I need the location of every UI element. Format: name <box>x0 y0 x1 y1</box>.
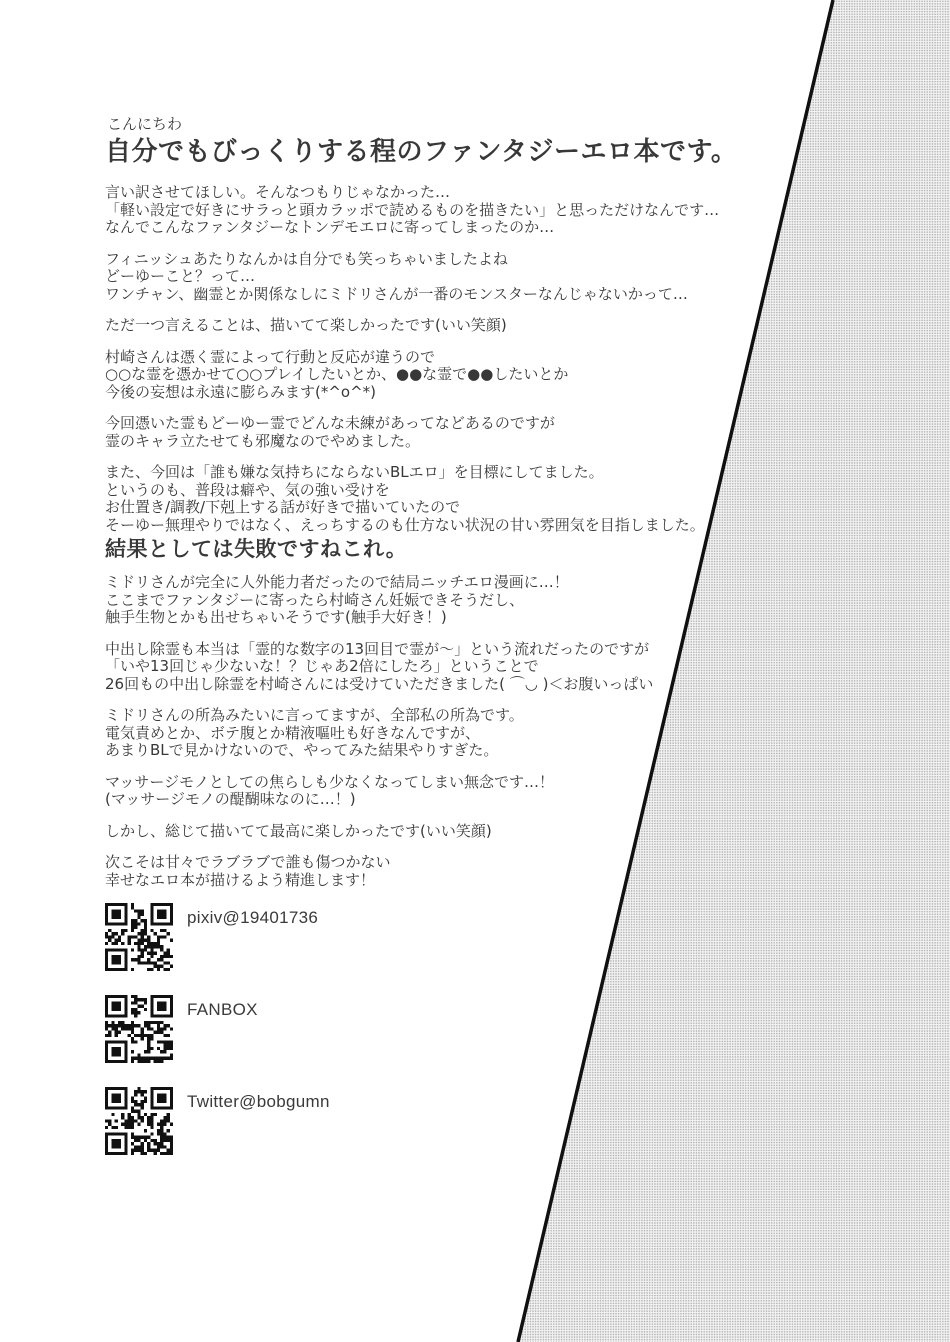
text-line: 幸せなエロ本が描けるよう精進します！ <box>105 872 785 890</box>
text-line: 触手生物とかも出せちゃいそうです(触手大好き！) <box>105 609 785 627</box>
paragraph-niche-manga: ミドリさんが完全に人外能力者だったので結局ニッチエロ漫画に…！ ここまでファンタ… <box>105 574 785 627</box>
qr-links-section: pixiv@19401736 FANBOX Twitter@bobgumn <box>105 903 785 1155</box>
text-line: 中出し除霊も本当は「霊的な数字の13回目で霊が～」という流れだったのですが <box>105 641 785 659</box>
pixiv-handle-label: pixiv@19401736 <box>187 908 318 928</box>
qr-code-twitter-icon <box>105 1087 173 1155</box>
text-line: そーゆー無理やりではなく、えっちするのも仕方ない状況の甘い雰囲気を目指しました。 <box>105 517 785 535</box>
text-line: ワンチャン、幽霊とか関係なしにミドリさんが一番のモンスターなんじゃないかって… <box>105 286 785 304</box>
qr-block-twitter: Twitter@bobgumn <box>105 1087 785 1155</box>
text-line: 「いや13回じゃ少ないな！？じゃあ2倍にしたろ」ということで <box>105 658 785 676</box>
paragraph-one-thing: ただ一つ言えることは、描いてて楽しかったです(いい笑顔) <box>105 317 785 335</box>
text-line: なんでこんなファンタジーなトンデモエロに寄ってしまったのか… <box>105 219 785 237</box>
text-line: 次こそは甘々でラブラブで誰も傷つかない <box>105 854 785 872</box>
text-line: 電気責めとか、ボテ腹とか精液嘔吐も好きなんですが、 <box>105 725 785 743</box>
paragraph-massage: マッサージモノとしての焦らしも少なくなってしまい無念です…！ (マッサージモノの… <box>105 774 785 809</box>
text-line: どーゆーこと？って… <box>105 268 785 286</box>
text-line: ○○な霊を憑かせて○○プレイしたいとか、●●な霊で●●したいとか <box>105 366 785 384</box>
text-line: お仕置き/調教/下剋上する話が好きで描いていたので <box>105 499 785 517</box>
paragraph-my-doing: ミドリさんの所為みたいに言ってますが、全部私の所為です。 電気責めとか、ボテ腹と… <box>105 707 785 760</box>
text-line: マッサージモノとしての焦らしも少なくなってしまい無念です…！ <box>105 774 785 792</box>
text-line: 「軽い設定で好きにサラっと頭カラッポで読めるものを描きたい」と思っただけなんです… <box>105 202 785 220</box>
afterword-text-column: こんにちわ 自分でもびっくりする程のファンタジーエロ本です。 言い訳させてほしい… <box>105 116 785 1179</box>
text-line: というのも、普段は癖や、気の強い受けを <box>105 482 785 500</box>
text-line: ミドリさんの所為みたいに言ってますが、全部私の所為です。 <box>105 707 785 725</box>
page-title: 自分でもびっくりする程のファンタジーエロ本です。 <box>105 136 785 168</box>
paragraph-possessing-spirits: 村崎さんは憑く霊によって行動と反応が違うので ○○な霊を憑かせて○○プレイしたい… <box>105 349 785 402</box>
text-line: 霊のキャラ立たせても邪魔なのでやめました。 <box>105 433 785 451</box>
paragraph-exorcism-count: 中出し除霊も本当は「霊的な数字の13回目で霊が～」という流れだったのですが 「い… <box>105 641 785 694</box>
qr-block-fanbox: FANBOX <box>105 995 785 1063</box>
paragraph-next-time: 次こそは甘々でラブラブで誰も傷つかない 幸せなエロ本が描けるよう精進します！ <box>105 854 785 889</box>
paragraph-bl-goal: また、今回は「誰も嫌な気持ちにならないBLエロ」を目標にしてました。 というのも… <box>105 464 785 534</box>
text-line: しかし、総じて描いてて最高に楽しかったです(いい笑顔) <box>105 823 785 841</box>
emphasis-failure-line: 結果としては失敗ですねこれ。 <box>105 536 785 563</box>
paragraph-excuse: 言い訳させてほしい。そんなつもりじゃなかった… 「軽い設定で好きにサラっと頭カラ… <box>105 184 785 237</box>
paragraph-finish: フィニッシュあたりなんかは自分でも笑っちゃいましたよね どーゆーこと？って… ワ… <box>105 251 785 304</box>
twitter-handle-label: Twitter@bobgumn <box>187 1092 330 1112</box>
text-line: また、今回は「誰も嫌な気持ちにならないBLエロ」を目標にしてました。 <box>105 464 785 482</box>
text-line: 26回もの中出し除霊を村崎さんには受けていただきました( ⌒◡ )＜お腹いっぱい <box>105 676 785 694</box>
text-line: 言い訳させてほしい。そんなつもりじゃなかった… <box>105 184 785 202</box>
text-line: フィニッシュあたりなんかは自分でも笑っちゃいましたよね <box>105 251 785 269</box>
fanbox-label: FANBOX <box>187 1000 258 1020</box>
text-line: 村崎さんは憑く霊によって行動と反応が違うので <box>105 349 785 367</box>
qr-code-pixiv-icon <box>105 903 173 971</box>
paragraph-spirit-character: 今回憑いた霊もどーゆー霊でどんな未練があってなどあるのですが 霊のキャラ立たせて… <box>105 415 785 450</box>
paragraph-overall-fun: しかし、総じて描いてて最高に楽しかったです(いい笑顔) <box>105 823 785 841</box>
text-line: ミドリさんが完全に人外能力者だったので結局ニッチエロ漫画に…！ <box>105 574 785 592</box>
greeting-text: こんにちわ <box>107 116 785 133</box>
afterword-page: こんにちわ 自分でもびっくりする程のファンタジーエロ本です。 言い訳させてほしい… <box>0 0 950 1342</box>
text-line: ここまでファンタジーに寄ったら村崎さん妊娠できそうだし、 <box>105 592 785 610</box>
text-line: (マッサージモノの醍醐味なのに…！) <box>105 791 785 809</box>
text-line: ただ一つ言えることは、描いてて楽しかったです(いい笑顔) <box>105 317 785 335</box>
text-line: 今後の妄想は永遠に膨らみます(*^o^*) <box>105 384 785 402</box>
text-line: 今回憑いた霊もどーゆー霊でどんな未練があってなどあるのですが <box>105 415 785 433</box>
text-line: あまりBLで見かけないので、やってみた結果やりすぎた。 <box>105 742 785 760</box>
qr-block-pixiv: pixiv@19401736 <box>105 903 785 971</box>
qr-code-fanbox-icon <box>105 995 173 1063</box>
